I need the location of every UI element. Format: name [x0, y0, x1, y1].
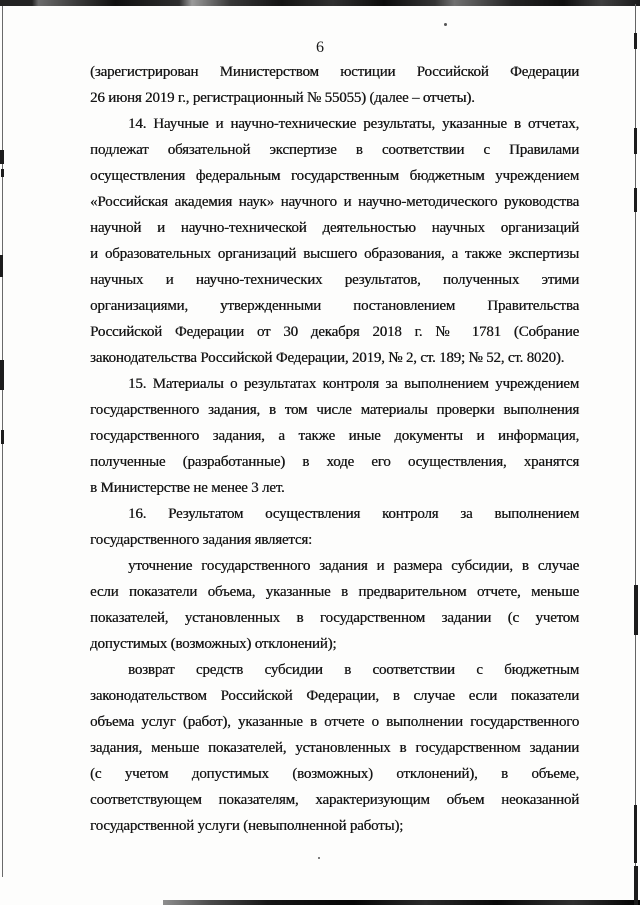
text-line: если показатели объема, указанные в пред… [90, 579, 579, 605]
text-line: задания, меньше показателей, установленн… [90, 735, 579, 761]
text-line: (зарегистрирован Министерством юстиции Р… [90, 59, 579, 85]
scan-mark [634, 866, 638, 905]
scan-mark [1, 430, 4, 444]
scan-speck [444, 23, 447, 26]
text-line: соответствующем показателям, характеризу… [90, 787, 579, 813]
text-line: осуществления федеральным государственны… [90, 163, 579, 189]
scan-mark [0, 360, 4, 390]
text-line: возврат средств субсидии в соответствии … [90, 657, 579, 683]
text-line: государственной услуги (невыполненной ра… [90, 813, 579, 839]
scan-mark [634, 805, 637, 863]
scan-mark [634, 128, 637, 154]
scan-mark [0, 150, 4, 164]
scan-speck [318, 857, 320, 859]
text-line: законодательством Российской Федерации, … [90, 683, 579, 709]
text-line: «Российская академия наук» научного и на… [90, 189, 579, 215]
text-line: государственного задания является: [90, 527, 579, 553]
page-number: 6 [0, 39, 640, 57]
scan-mark [634, 585, 638, 635]
text-line: и образовательных организаций высшего об… [90, 241, 579, 267]
text-line: объема услуг (работ), указанные в отчете… [90, 709, 579, 735]
scan-mark [1, 169, 4, 177]
text-line: 16. Результатом осуществления контроля з… [90, 501, 579, 527]
scan-edge-bottom [163, 900, 640, 905]
text-line: организациями, утвержденными постановлен… [90, 293, 579, 319]
text-line: в Министерстве не менее 3 лет. [90, 475, 579, 501]
text-line: государственного задания, в том числе ма… [90, 397, 579, 423]
text-line: полученные (разработанные) в ходе его ос… [90, 449, 579, 475]
scanned-document-page: 6 (зарегистрирован Министерством юстиции… [0, 0, 640, 905]
text-line: (с учетом допустимых (возможных) отклоне… [90, 761, 579, 787]
text-line: научной и научно-технической деятельност… [90, 215, 579, 241]
scan-mark [634, 188, 637, 212]
scan-edge-top [0, 0, 640, 6]
document-text-block: (зарегистрирован Министерством юстиции Р… [90, 59, 579, 839]
text-line: допустимых (возможных) отклонений); [90, 631, 579, 657]
text-line: Российской Федерации от 30 декабря 2018 … [90, 319, 579, 345]
scan-mark [0, 255, 3, 277]
text-line: показателей, установленных в государстве… [90, 605, 579, 631]
text-line: государственного задания, а также иные д… [90, 423, 579, 449]
text-line: 26 июня 2019 г., регистрационный № 55055… [90, 85, 579, 111]
text-line: подлежат обязательной экспертизе в соотв… [90, 137, 579, 163]
text-line: 15. Материалы о результатах контроля за … [90, 371, 579, 397]
text-line: уточнение государственного задания и раз… [90, 553, 579, 579]
text-line: научных и научно-технических результатов… [90, 267, 579, 293]
text-line: законодательства Российской Федерации, 2… [90, 345, 579, 371]
text-line: 14. Научные и научно-технические результ… [90, 111, 579, 137]
